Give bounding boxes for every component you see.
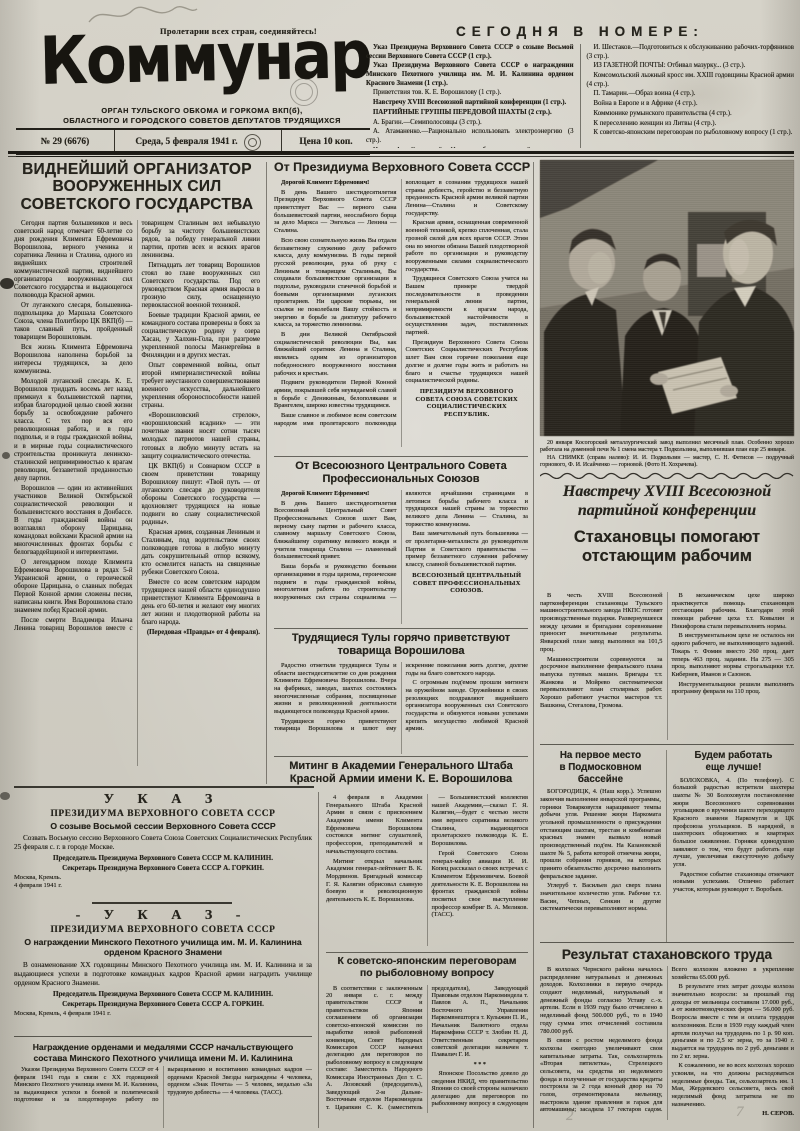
article-academy-meeting-body: 4 февраля в Академии Генерального Штаба … <box>326 794 528 946</box>
paragraph: 20 января Косогорский металлургический з… <box>540 440 794 455</box>
paragraph: (Передовая «Правды» от 4 февраля). <box>142 629 261 637</box>
paragraph: Ворошилов — один из активнейших участник… <box>14 485 133 557</box>
paragraph: Красная армия, созданная Лениным и Стали… <box>142 529 261 577</box>
ukaz1-signature-2: Секретарь Президиума Верховного Совета С… <box>14 864 312 872</box>
lead-headline-line1: ВИДНЕЙШИЙ ОРГАНИЗАТОР <box>14 161 260 178</box>
article-presidium-greeting: От Президиума Верховного Совета СССР Дор… <box>274 160 528 447</box>
stakhanovite-headline-line2: отстающим рабочим <box>540 547 794 566</box>
column-rule-1 <box>266 162 267 784</box>
paragraph: В инструментальном цехе не осталось ни о… <box>672 632 795 678</box>
ukaz1-org: ПРЕЗИДИУМА ВЕРХОВНОГО СОВЕТА СССР <box>14 809 312 819</box>
paragraph: Боевые традиции Красной армии, ее команд… <box>142 312 261 360</box>
conference-banner-headline: Навстречу XVIII Всесоюзной партийной кон… <box>540 482 794 520</box>
bolokhovka-headline-line2: еще лучше! <box>673 762 794 774</box>
paragraph: В колхозах Чернского района началось рас… <box>540 966 663 1035</box>
today-title: СЕГОДНЯ В НОМЕРЕ: <box>366 24 794 39</box>
photo-illustration <box>540 160 794 436</box>
rule-under-lead <box>14 786 314 788</box>
paragraph: Сегодня партия большевиков и весь советс… <box>14 220 133 300</box>
paragraph: Вся жизнь Климента Ефремовича Ворошилова… <box>14 344 133 376</box>
ukaz1-place-line2: 4 февраля 1941 г. <box>14 882 312 890</box>
ukaz1-word: У К А З <box>14 792 312 808</box>
article-awards-note: Награждение орденами и медалями СССР нач… <box>14 1042 312 1128</box>
pencil-page-number-left: 2 <box>566 1108 574 1125</box>
today-left-column: Указ Президиума Верховного Совета СССР о… <box>366 44 580 148</box>
header-rule <box>8 151 794 154</box>
wavy-divider <box>540 471 794 479</box>
stakhanovite-body: В честь XVIII Всесоюзной партконференции… <box>540 592 794 740</box>
awards-headline: Награждение орденами и медалями СССР нач… <box>14 1042 312 1063</box>
lead-body: Сегодня партия большевиков и весь советс… <box>14 220 260 766</box>
lead-headline-line3: СОВЕТСКОГО ГОСУДАРСТВА <box>14 196 260 213</box>
vcsps-body: Дорогой Климент Ефремович!В день Вашего … <box>274 490 528 624</box>
paragraph: Навстречу XVIII Всесоюзной партийной кон… <box>366 99 574 108</box>
article-stakhanovite: В честь XVIII Всесоюзной партконференции… <box>540 592 794 740</box>
paragraph: П. Тамарин.—Образ воина (4 стр.). <box>587 90 795 99</box>
bogoroditsk-headline-line2: в Подмосковном бассейне <box>540 762 661 786</box>
lead-headline-line2: ВООРУЖЕННЫХ СИЛ <box>14 178 260 195</box>
article-fishing-talks: К советско-японским переговорам по рыбол… <box>326 952 528 1113</box>
paragraph: БОЛОХОВКА, 4. (По телефону). С большой р… <box>673 777 794 869</box>
rule-right-1 <box>540 744 794 745</box>
round-stamp <box>244 134 261 151</box>
today-in-issue: СЕГОДНЯ В НОМЕРЕ: Указ Президиума Верхов… <box>366 24 794 148</box>
fishing-headline: К советско-японским переговорам по рыбол… <box>326 956 528 981</box>
newspaper-title: Коммунар <box>33 21 376 94</box>
fishing-headline-line1: К советско-японским переговорам <box>326 956 528 968</box>
paragraph: Герой Советского Союза генерал-майор ави… <box>432 850 529 919</box>
tula-body: Радостно отметили трудящиеся Тулы и обла… <box>274 662 528 754</box>
stakhanovite-headline-line1: Стахановцы помогают <box>540 528 794 547</box>
fishing-body: В соответствии с заключенным 20 января с… <box>326 985 528 1113</box>
bogoroditsk-headline: На первое место в Подмосковном бассейне <box>540 750 661 785</box>
paragraph: А. Атаманенко.—Рационально использовать … <box>366 128 574 145</box>
paragraph: «Ворошиловский стрелок», «ворошиловский … <box>142 412 261 460</box>
paragraph: 4 февраля в Академии Генерального Штаба … <box>326 794 423 856</box>
stakhanovite-headline: Стахановцы помогают отстающим рабочим <box>540 528 794 567</box>
paragraph: Вместе со всем советским народом трудящи… <box>142 579 261 627</box>
masthead-stamp <box>290 78 318 106</box>
paragraph: В день Вашего шестидесятилетия Президиум… <box>274 189 397 235</box>
kolkhoz-results-headline: Результат стахановского труда <box>540 947 794 962</box>
paragraph: В честь XVIII Всесоюзной партконференции… <box>540 592 663 654</box>
paragraph: Ваш замечательный путь большевика — от п… <box>406 530 529 568</box>
fishing-headline-line2: по рыболовному вопросу <box>326 968 528 980</box>
ukaz2-place: Москва, Кремль, 4 февраля 1941 г. <box>14 1010 312 1018</box>
paragraph: Инструментальщики решили выполнить прогр… <box>672 681 795 696</box>
ink-blot <box>2 452 10 459</box>
ukaz2-signature-1: Председатель Президиума Верховного Совет… <box>14 990 312 998</box>
column-rule-2 <box>533 162 534 1128</box>
paragraph: К советско-японским переговорам по рыбол… <box>587 129 795 138</box>
paragraph: — Большевистский коллектив нашей Академи… <box>432 794 529 848</box>
paragraph: * * * <box>432 1061 529 1068</box>
ukaz1-place: Москва, Кремль. 4 февраля 1941 г. <box>14 874 312 890</box>
organ-line-2: ОБЛАСТНОГО И ГОРОДСКОГО СОВЕТОВ ДЕПУТАТО… <box>28 116 376 125</box>
article-tula-greetings: Трудящиеся Тулы горячо приветствуют това… <box>274 628 528 754</box>
ukaz1-signature-1: Председатель Президиума Верховного Совет… <box>14 854 312 862</box>
paragraph: Радостно отметили трудящиеся Тулы и обла… <box>274 662 397 716</box>
paragraph: ПРЕЗИДИУМ ВЕРХОВНОГО СОВЕТА СОЮЗА СОВЕТС… <box>406 388 529 419</box>
ink-blot <box>0 792 10 800</box>
paragraph: ПАРТИЙНЫЕ ГРУППЫ ПЕРЕДОВОЙ ШАХТЫ (2 стр.… <box>366 109 574 118</box>
paragraph: Указ Президиума Верховного Совета СССР о… <box>366 62 574 88</box>
paragraph: Всю свою сознательную жизнь Вы отдали бе… <box>274 237 397 329</box>
paragraph: НА СНИМКЕ (справа налево): И. И. Подколь… <box>540 455 794 470</box>
awards-headline-line1: Награждение орденами и медалями СССР нач… <box>14 1042 312 1053</box>
header-rule-thin <box>8 156 794 157</box>
ukaz2-word: - У К А З - <box>14 908 312 924</box>
paragraph: Указ Президиума Верховного Совета СССР о… <box>366 44 574 61</box>
meeting-headline-line1: Митинг в Академии Генерального Штаба <box>274 760 528 773</box>
paragraph: В результате этих затрат доходы колхоза … <box>672 983 795 1060</box>
paragraph: Приветствия тов. К. Е. Ворошилову (1 стр… <box>366 89 574 98</box>
ukaz1-subject: О созыве Восьмой сессии Верховного Совет… <box>14 821 312 831</box>
ukaz2-subject-line1: О награждении Минского Пехотного училища… <box>14 937 312 947</box>
organ-line-1: ОРГАН ТУЛЬСКОГО ОБКОМА И ГОРКОМА ВКП(б), <box>28 106 376 115</box>
ukaz2-subject: О награждении Минского Пехотного училища… <box>14 937 312 958</box>
paragraph: Указом Президиума Верховного Совета СССР… <box>14 1066 312 1103</box>
paragraph: В день Вашего шестидесятилетия Всесоюзны… <box>274 500 397 562</box>
article-academy-meeting-headline: Митинг в Академии Генерального Штаба Кра… <box>274 756 528 786</box>
paragraph: Опыт современной войны, опыт второй импе… <box>142 362 261 410</box>
kolkhoz-results-body: В колхозах Чернского района началось рас… <box>540 966 794 1120</box>
rule-between-ukaz <box>92 902 232 904</box>
paragraph: Трудящиеся Советского Союза учатся на Ва… <box>406 275 529 337</box>
tula-headline-line2: товарища Ворошилова <box>274 645 528 658</box>
ukaz2-org: ПРЕЗИДИУМА ВЕРХОВНОГО СОВЕТА СССР <box>14 925 312 935</box>
paragraph: Радостное событие стахановцы отмечают но… <box>673 871 794 894</box>
paragraph: Президиум Верховного Совета Союза Советс… <box>406 339 529 385</box>
presidium-headline: От Президиума Верховного Совета СССР <box>274 160 528 174</box>
article-ukaz-award: - У К А З - ПРЕЗИДИУМА ВЕРХОВНОГО СОВЕТА… <box>14 908 312 1018</box>
tula-headline-line1: Трудящиеся Тулы горячо приветствуют <box>274 632 528 645</box>
paragraph: О легендарном походе Климента Ефремовича… <box>14 559 133 615</box>
paragraph: Пятнадцать лет товарищ Ворошилов стоял в… <box>142 262 261 310</box>
vcsps-headline: От Всесоюзного Центрального Совета Профе… <box>274 460 528 486</box>
pencil-page-number-right: 7 <box>736 1104 744 1121</box>
paragraph: Н. СЕРОВ. <box>672 1110 795 1118</box>
paragraph: С огромным под'емом прошли митинги на ор… <box>406 679 529 733</box>
paragraph: В механическом цехе широко практикуется … <box>672 592 795 630</box>
paragraph: В дни Великой Октябрьской социалистическ… <box>274 331 397 377</box>
awards-headline-line2: состава Минского Пехотного училища имени… <box>14 1053 312 1064</box>
vcsps-headline-line1: От Всесоюзного Центрального Совета <box>274 460 528 473</box>
ink-blot <box>0 278 14 289</box>
paragraph: Машиностроители соревнуются за досрочное… <box>540 656 663 710</box>
bogoroditsk-body: БОГОРОДИЦК, 4. (Наш корр.). Успешно зако… <box>540 788 661 942</box>
column-rule-3 <box>318 792 319 1128</box>
paragraph: БОГОРОДИЦК, 4. (Наш корр.). Успешно зако… <box>540 788 661 880</box>
tula-headline: Трудящиеся Тулы горячо приветствуют това… <box>274 632 528 658</box>
awards-body: Указом Президиума Верховного Совета СССР… <box>14 1066 312 1128</box>
rule-under-ukaz2 <box>14 1036 312 1037</box>
paragraph: От луганского слесаря, большевика-подпол… <box>14 302 133 342</box>
paragraph: Комсомольский лыжный кросс им. XXIII год… <box>587 72 795 89</box>
paragraph: К переселению женщин из Литвы (4 стр.). <box>587 120 795 129</box>
paragraph: Подвиги руководителя Первой Конной армии… <box>274 379 397 410</box>
paragraph: Молодой луганский слесарь К. Е. Ворошило… <box>14 378 133 482</box>
paragraph: ЦК ВКП(б) и Совнарком СССР в своем приве… <box>142 463 261 527</box>
paragraph: Углеруб т. Васильев дал сверх плана знач… <box>540 882 661 913</box>
rule-right-2 <box>540 942 794 943</box>
article-ukaz-session: У К А З ПРЕЗИДИУМА ВЕРХОВНОГО СОВЕТА ССС… <box>14 792 312 890</box>
ukaz2-body: В ознаменование XX годовщины Минского Пе… <box>14 961 312 988</box>
ukaz1-body: Созвать Восьмую сессию Верховного Совета… <box>14 834 312 852</box>
issue-date: Среда, 5 февраля 1941 г. <box>135 137 237 147</box>
vcsps-headline-line2: Профессиональных Союзов <box>274 473 528 486</box>
paragraph: Митинг открыл начальник Академии генерал… <box>326 858 423 904</box>
article-bogoroditsk: На первое место в Подмосковном бассейне … <box>540 750 666 942</box>
photo-kosogorsk-workers <box>540 160 794 436</box>
paragraph: К сожалению, не во всех колхозах хорошо … <box>672 1062 795 1108</box>
article-kolkhoz-results: В колхозах Чернского района началось рас… <box>540 966 794 1120</box>
meeting-body: 4 февраля в Академии Генерального Штаба … <box>326 794 528 946</box>
conference-banner-line2: партийной конференции <box>540 501 794 520</box>
bogoroditsk-headline-line1: На первое место <box>540 750 661 762</box>
newspaper-page: Пролетарии всех стран, соединяйтесь! Ком… <box>0 0 800 1131</box>
article-vcsps-greeting: От Всесоюзного Центрального Совета Профе… <box>274 456 528 624</box>
paragraph: ИЗ ГАЗЕТНОЙ ПОЧТЫ: Отбивал мазурку... (3… <box>587 62 795 71</box>
bolokhovka-headline: Будем работать еще лучше! <box>673 750 794 774</box>
ukaz2-signature-2: Секретарь Президиума Верховного Совета С… <box>14 1000 312 1008</box>
article-bolokhovka: Будем работать еще лучше! БОЛОХОВКА, 4. … <box>666 750 794 942</box>
meeting-headline-line2: Красной Армии имени К. Е. Ворошилова <box>274 773 528 786</box>
paragraph: А. Брагин.—Семиполосовцы (3 стр.). <box>366 119 574 128</box>
paragraph: Дорогой Климент Ефремович! <box>274 179 397 187</box>
presidium-body: Дорогой Климент Ефремович!В день Вашего … <box>274 179 528 447</box>
article-lead-editorial: ВИДНЕЙШИЙ ОРГАНИЗАТОР ВООРУЖЕННЫХ СИЛ СО… <box>14 161 260 766</box>
paragraph: И. Шестаков.—Подготовиться к обслуживани… <box>587 44 795 61</box>
lead-headline: ВИДНЕЙШИЙ ОРГАНИЗАТОР ВООРУЖЕННЫХ СИЛ СО… <box>14 161 260 213</box>
paragraph: Красная армия, оснащенная современной во… <box>406 219 529 273</box>
today-right-column: И. Шестаков.—Подготовиться к обслуживани… <box>580 44 795 148</box>
bolokhovka-body: БОЛОХОВКА, 4. (По телефону). С большой р… <box>673 777 794 931</box>
paragraph: ВСЕСОЮЗНЫЙ ЦЕНТРАЛЬНЫЙ СОВЕТ ПРОФЕССИОНА… <box>406 572 529 595</box>
photo-caption: 20 января Косогорский металлургический з… <box>540 440 794 470</box>
paragraph: Дорогой Климент Ефремович! <box>274 490 397 498</box>
paragraph: Война в Европе и в Африке (4 стр.). <box>587 100 795 109</box>
conference-banner-line1: Навстречу XVIII Всесоюзной <box>540 482 794 501</box>
mining-notes-row: На первое место в Подмосковном бассейне … <box>540 750 794 942</box>
paragraph: Коммюнике румынского правительства (4 ст… <box>587 110 795 119</box>
ukaz2-subject-line2: орденом Красного Знамени <box>14 947 312 957</box>
paragraph: Инж. А. Сапорский.—Навести большевистски… <box>366 147 574 148</box>
meeting-headline: Митинг в Академии Генерального Штаба Кра… <box>274 760 528 786</box>
bolokhovka-headline-line1: Будем работать <box>673 750 794 762</box>
